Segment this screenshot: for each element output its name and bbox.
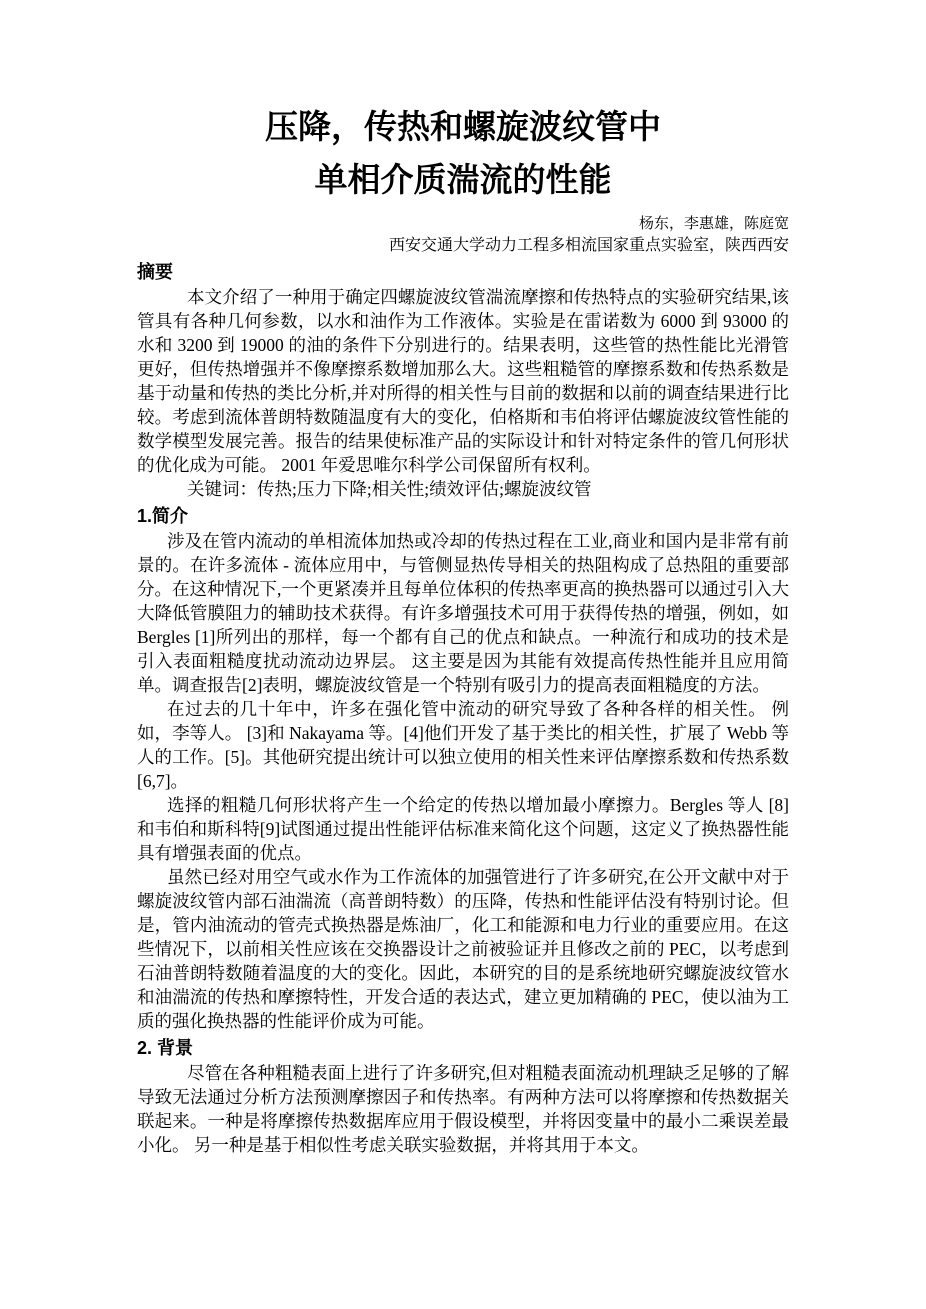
- abstract-heading: 摘要: [137, 259, 789, 285]
- paper-title: 压降，传热和螺旋波纹管中 单相介质湍流的性能: [137, 102, 789, 208]
- document-content: 压降，传热和螺旋波纹管中 单相介质湍流的性能 杨东，李惠雄，陈庭宽 西安交通大学…: [0, 0, 926, 1157]
- keywords-line: 关键词：传热;压力下降;相关性;绩效评估;螺旋波纹管: [137, 477, 789, 501]
- affiliation-line: 西安交通大学动力工程多相流国家重点实验室，陕西西安: [137, 235, 789, 257]
- abstract-paragraph: 本文介绍了一种用于确定四螺旋波纹管湍流摩擦和传热特点的实验研究结果,该管具有各种…: [137, 285, 789, 477]
- section-2-paragraph-1: 尽管在各种粗糙表面上进行了许多研究,但对粗糙表面流动机理缺乏足够的了解导致无法通…: [137, 1061, 789, 1157]
- authors-line: 杨东，李惠雄，陈庭宽: [137, 214, 789, 235]
- section-2-heading: 2. 背景: [137, 1035, 789, 1061]
- section-1-heading: 1.简介: [137, 503, 789, 529]
- paper-title-line2: 单相介质湍流的性能: [137, 155, 789, 208]
- section-1-paragraph-4: 虽然已经对用空气或水作为工作流体的加强管进行了许多研究,在公开文献中对于螺旋波纹…: [137, 865, 789, 1033]
- document-page: 压降，传热和螺旋波纹管中 单相介质湍流的性能 杨东，李惠雄，陈庭宽 西安交通大学…: [0, 0, 926, 1309]
- section-1-paragraph-3: 选择的粗糙几何形状将产生一个给定的传热以增加最小摩擦力。Bergles 等人 […: [137, 793, 789, 865]
- section-1-paragraph-1: 涉及在管内流动的单相流体加热或冷却的传热过程在工业,商业和国内是非常有前景的。在…: [137, 529, 789, 697]
- paper-title-line1: 压降，传热和螺旋波纹管中: [137, 102, 789, 155]
- section-1-paragraph-2: 在过去的几十年中，许多在强化管中流动的研究导致了各种各样的相关性。 例如，李等人…: [137, 697, 789, 793]
